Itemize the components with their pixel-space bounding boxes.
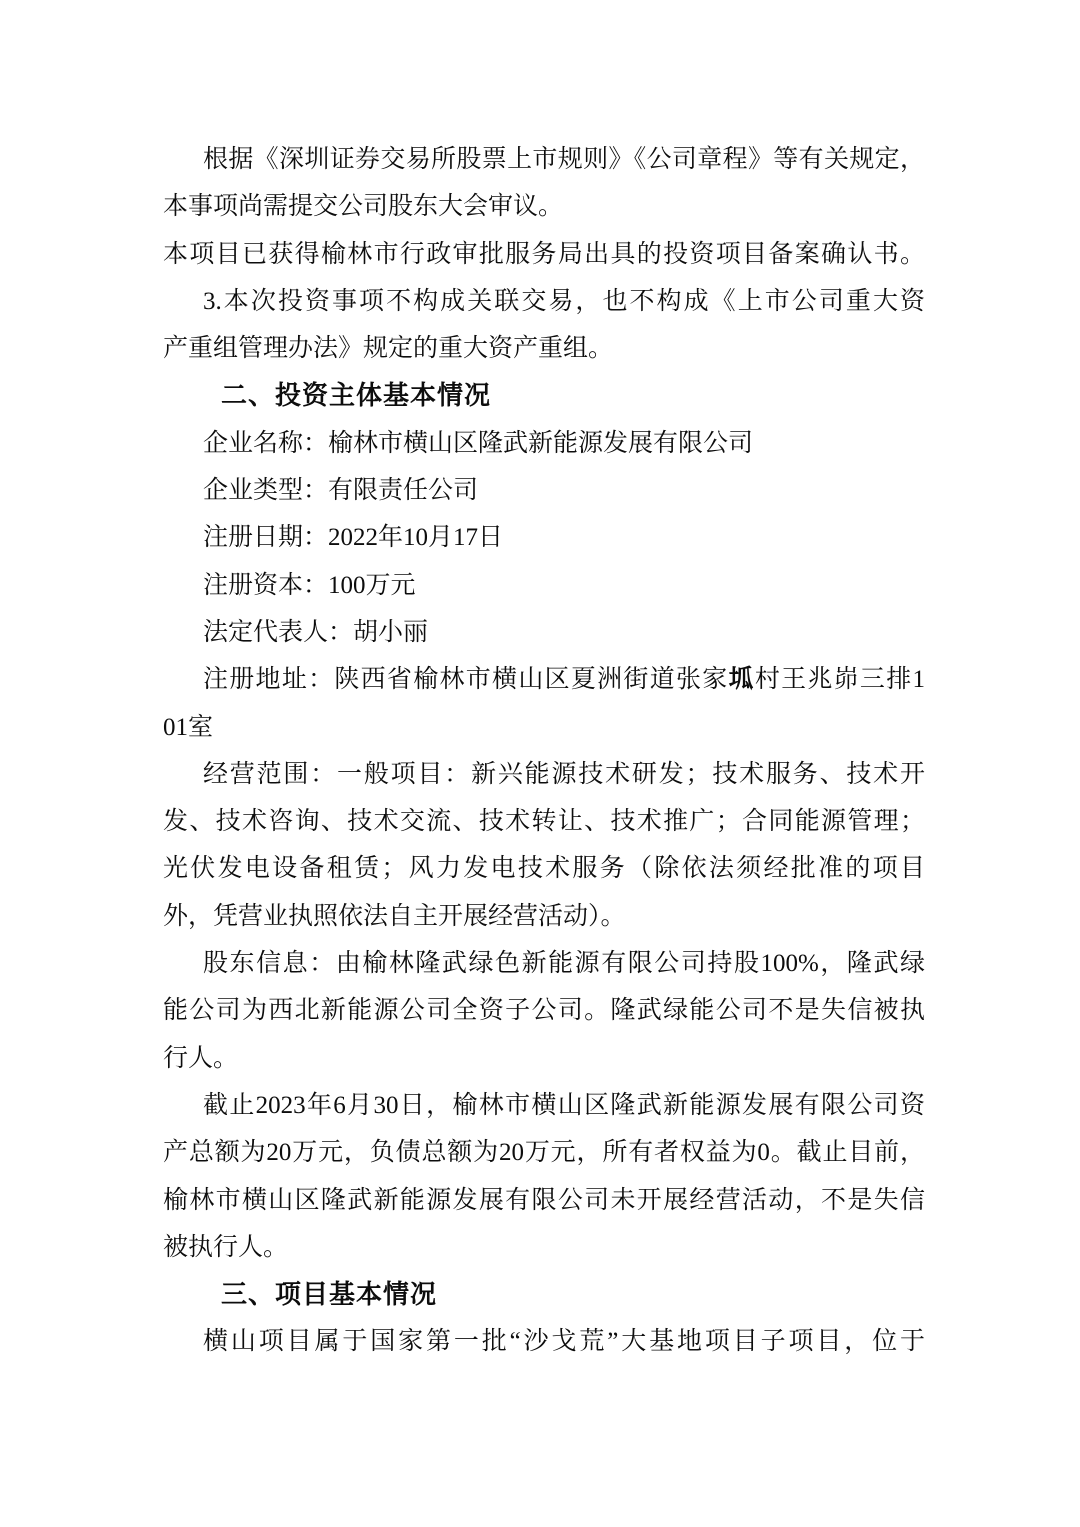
section-heading: 二、投资主体基本情况 (163, 372, 925, 419)
text-line: 法定代表人：胡小丽 (163, 609, 925, 656)
section-heading: 三、项目基本情况 (163, 1271, 925, 1318)
text-line: 榆林市横山区隆武新能源发展有限公司未开展经营活动，不是失信 (163, 1177, 925, 1224)
text-line: 能公司为西北新能源公司全资子公司。隆武绿能公司不是失信被执 (163, 987, 925, 1034)
document-page: 根据《深圳证券交易所股票上市规则》《公司章程》等有关规定，本事项尚需提交公司股东… (0, 0, 1080, 1527)
text-line: 产总额为20万元，负债总额为20万元，所有者权益为0。截止目前， (163, 1129, 925, 1176)
text-line: 截止2023年6月30日，榆林市横山区隆武新能源发展有限公司资 (163, 1082, 925, 1129)
document-body: 根据《深圳证券交易所股票上市规则》《公司章程》等有关规定，本事项尚需提交公司股东… (163, 136, 925, 1366)
text-line: 经营范围：一般项目：新兴能源技术研发；技术服务、技术开 (163, 751, 925, 798)
emphasized-char: 坬 (729, 665, 755, 693)
text-line: 注册地址：陕西省榆林市横山区夏洲街道张家坬村王兆峁三排1 (163, 656, 925, 703)
text-run: 注册地址：陕西省榆林市横山区夏洲街道张家 (203, 666, 729, 693)
text-line: 01室 (163, 704, 925, 751)
text-line: 企业类型：有限责任公司 (163, 467, 925, 514)
text-line: 股东信息：由榆林隆武绿色新能源有限公司持股100%，隆武绿 (163, 940, 925, 987)
text-line: 本事项尚需提交公司股东大会审议。 (163, 183, 925, 230)
text-line: 根据《深圳证券交易所股票上市规则》《公司章程》等有关规定， (163, 136, 925, 183)
text-line: 产重组管理办法》规定的重大资产重组。 (163, 325, 925, 372)
text-line: 光伏发电设备租赁；风力发电技术服务（除依法须经批准的项目 (163, 845, 925, 892)
text-line: 3.本次投资事项不构成关联交易，也不构成《上市公司重大资 (163, 278, 925, 325)
text-line: 企业名称：榆林市横山区隆武新能源发展有限公司 (163, 420, 925, 467)
text-line: 本项目已获得榆林市行政审批服务局出具的投资项目备案确认书。 (163, 231, 925, 278)
text-line: 发、技术咨询、技术交流、技术转让、技术推广；合同能源管理； (163, 798, 925, 845)
text-line: 行人。 (163, 1035, 925, 1082)
text-line: 外，凭营业执照依法自主开展经营活动）。 (163, 893, 925, 940)
text-line: 横山项目属于国家第一批“沙戈荒”大基地项目子项目，位于 (163, 1318, 925, 1365)
text-line: 注册日期：2022年10月17日 (163, 514, 925, 561)
text-line: 注册资本：100万元 (163, 562, 925, 609)
text-run: 村王兆峁三排1 (755, 666, 925, 693)
text-line: 被执行人。 (163, 1224, 925, 1271)
